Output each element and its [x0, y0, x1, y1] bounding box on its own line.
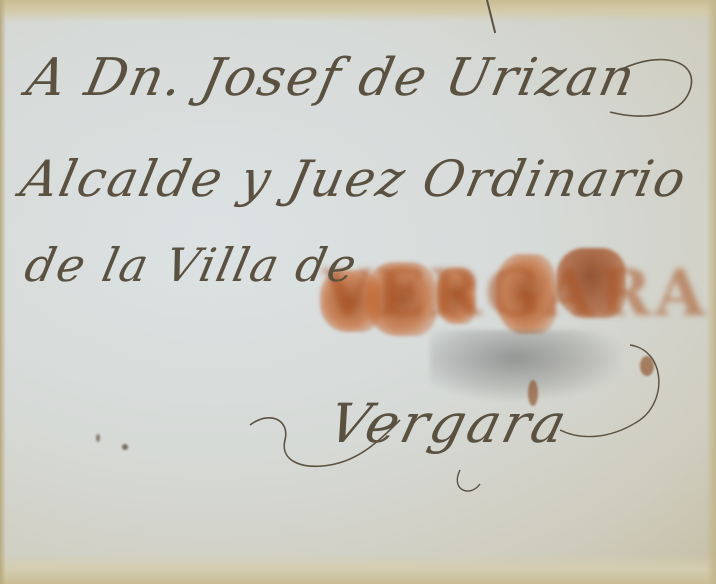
handwriting-flourish: [0, 0, 716, 584]
envelope: VERGARA A Dn. Josef de Urizan Alcalde y …: [0, 0, 716, 584]
